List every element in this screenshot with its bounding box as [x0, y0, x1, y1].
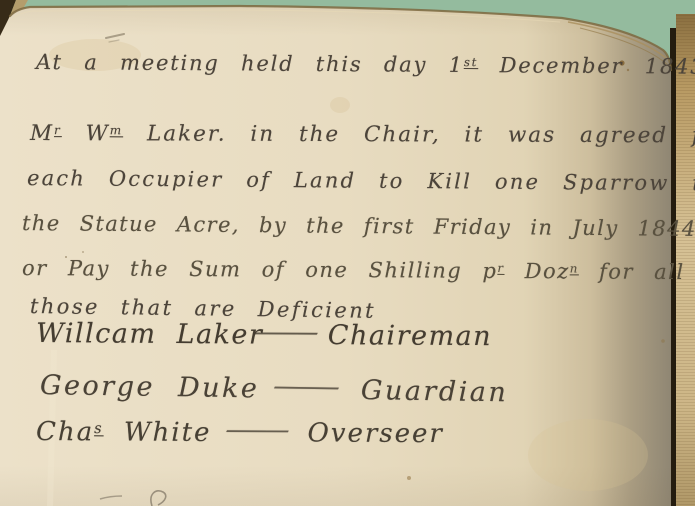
- line-text: each Occupier of Land to Kill one Sparro…: [27, 166, 695, 195]
- superscript-text: m: [110, 123, 123, 137]
- signature-dash: —: [272, 371, 349, 403]
- line-text: Cha: [36, 417, 94, 447]
- line-text: Laker. in the Chair, it was agreed for: [123, 121, 695, 148]
- line-text: At a meeting held this day 1: [36, 50, 464, 77]
- signature-dash: —: [223, 415, 296, 445]
- line-text: Overseer: [307, 418, 444, 449]
- superscript-text: r: [54, 123, 62, 137]
- signature-line-chaireman: Willcam Laker—Chaireman: [36, 318, 492, 352]
- superscript-text: n: [570, 261, 579, 275]
- manuscript-line-chairman: Mr Wm Laker. in the Chair, it was agreed…: [30, 121, 695, 148]
- manuscript-line-body-1: each Occupier of Land to Kill one Sparro…: [27, 166, 695, 195]
- line-text: Chaireman: [328, 320, 492, 352]
- line-text: W: [62, 121, 110, 146]
- signature-dash: —: [250, 316, 324, 348]
- line-text: December 1843: [478, 53, 695, 79]
- line-text: for all: [579, 259, 685, 284]
- line-text: Willcam Laker: [36, 318, 264, 351]
- superscript-text: st: [464, 55, 478, 69]
- line-text: George Duke: [40, 370, 260, 404]
- superscript-text: s: [94, 420, 104, 437]
- line-text: M: [30, 121, 54, 146]
- signature-line-overseer: Chas White—Overseer: [36, 417, 444, 449]
- manuscript-line-body-3: or Pay the Sum of one Shilling pr Dozn f…: [22, 256, 685, 284]
- line-text: Doz: [504, 259, 569, 283]
- signature-line-guardian: George Duke—Guardian: [40, 370, 509, 408]
- line-text: the Statue Acre, by the first Friday in …: [22, 211, 695, 241]
- line-text: White: [104, 417, 212, 448]
- line-text: or Pay the Sum of one Shilling p: [22, 256, 498, 283]
- line-text: Guardian: [361, 375, 509, 408]
- book-photo: At a meeting held this day 1st December …: [0, 0, 695, 506]
- manuscript-line-date: At a meeting held this day 1st December …: [36, 50, 695, 79]
- manuscript-text: At a meeting held this day 1st December …: [0, 0, 695, 506]
- superscript-text: r: [497, 261, 504, 275]
- manuscript-line-body-2: the Statue Acre, by the first Friday in …: [22, 211, 695, 241]
